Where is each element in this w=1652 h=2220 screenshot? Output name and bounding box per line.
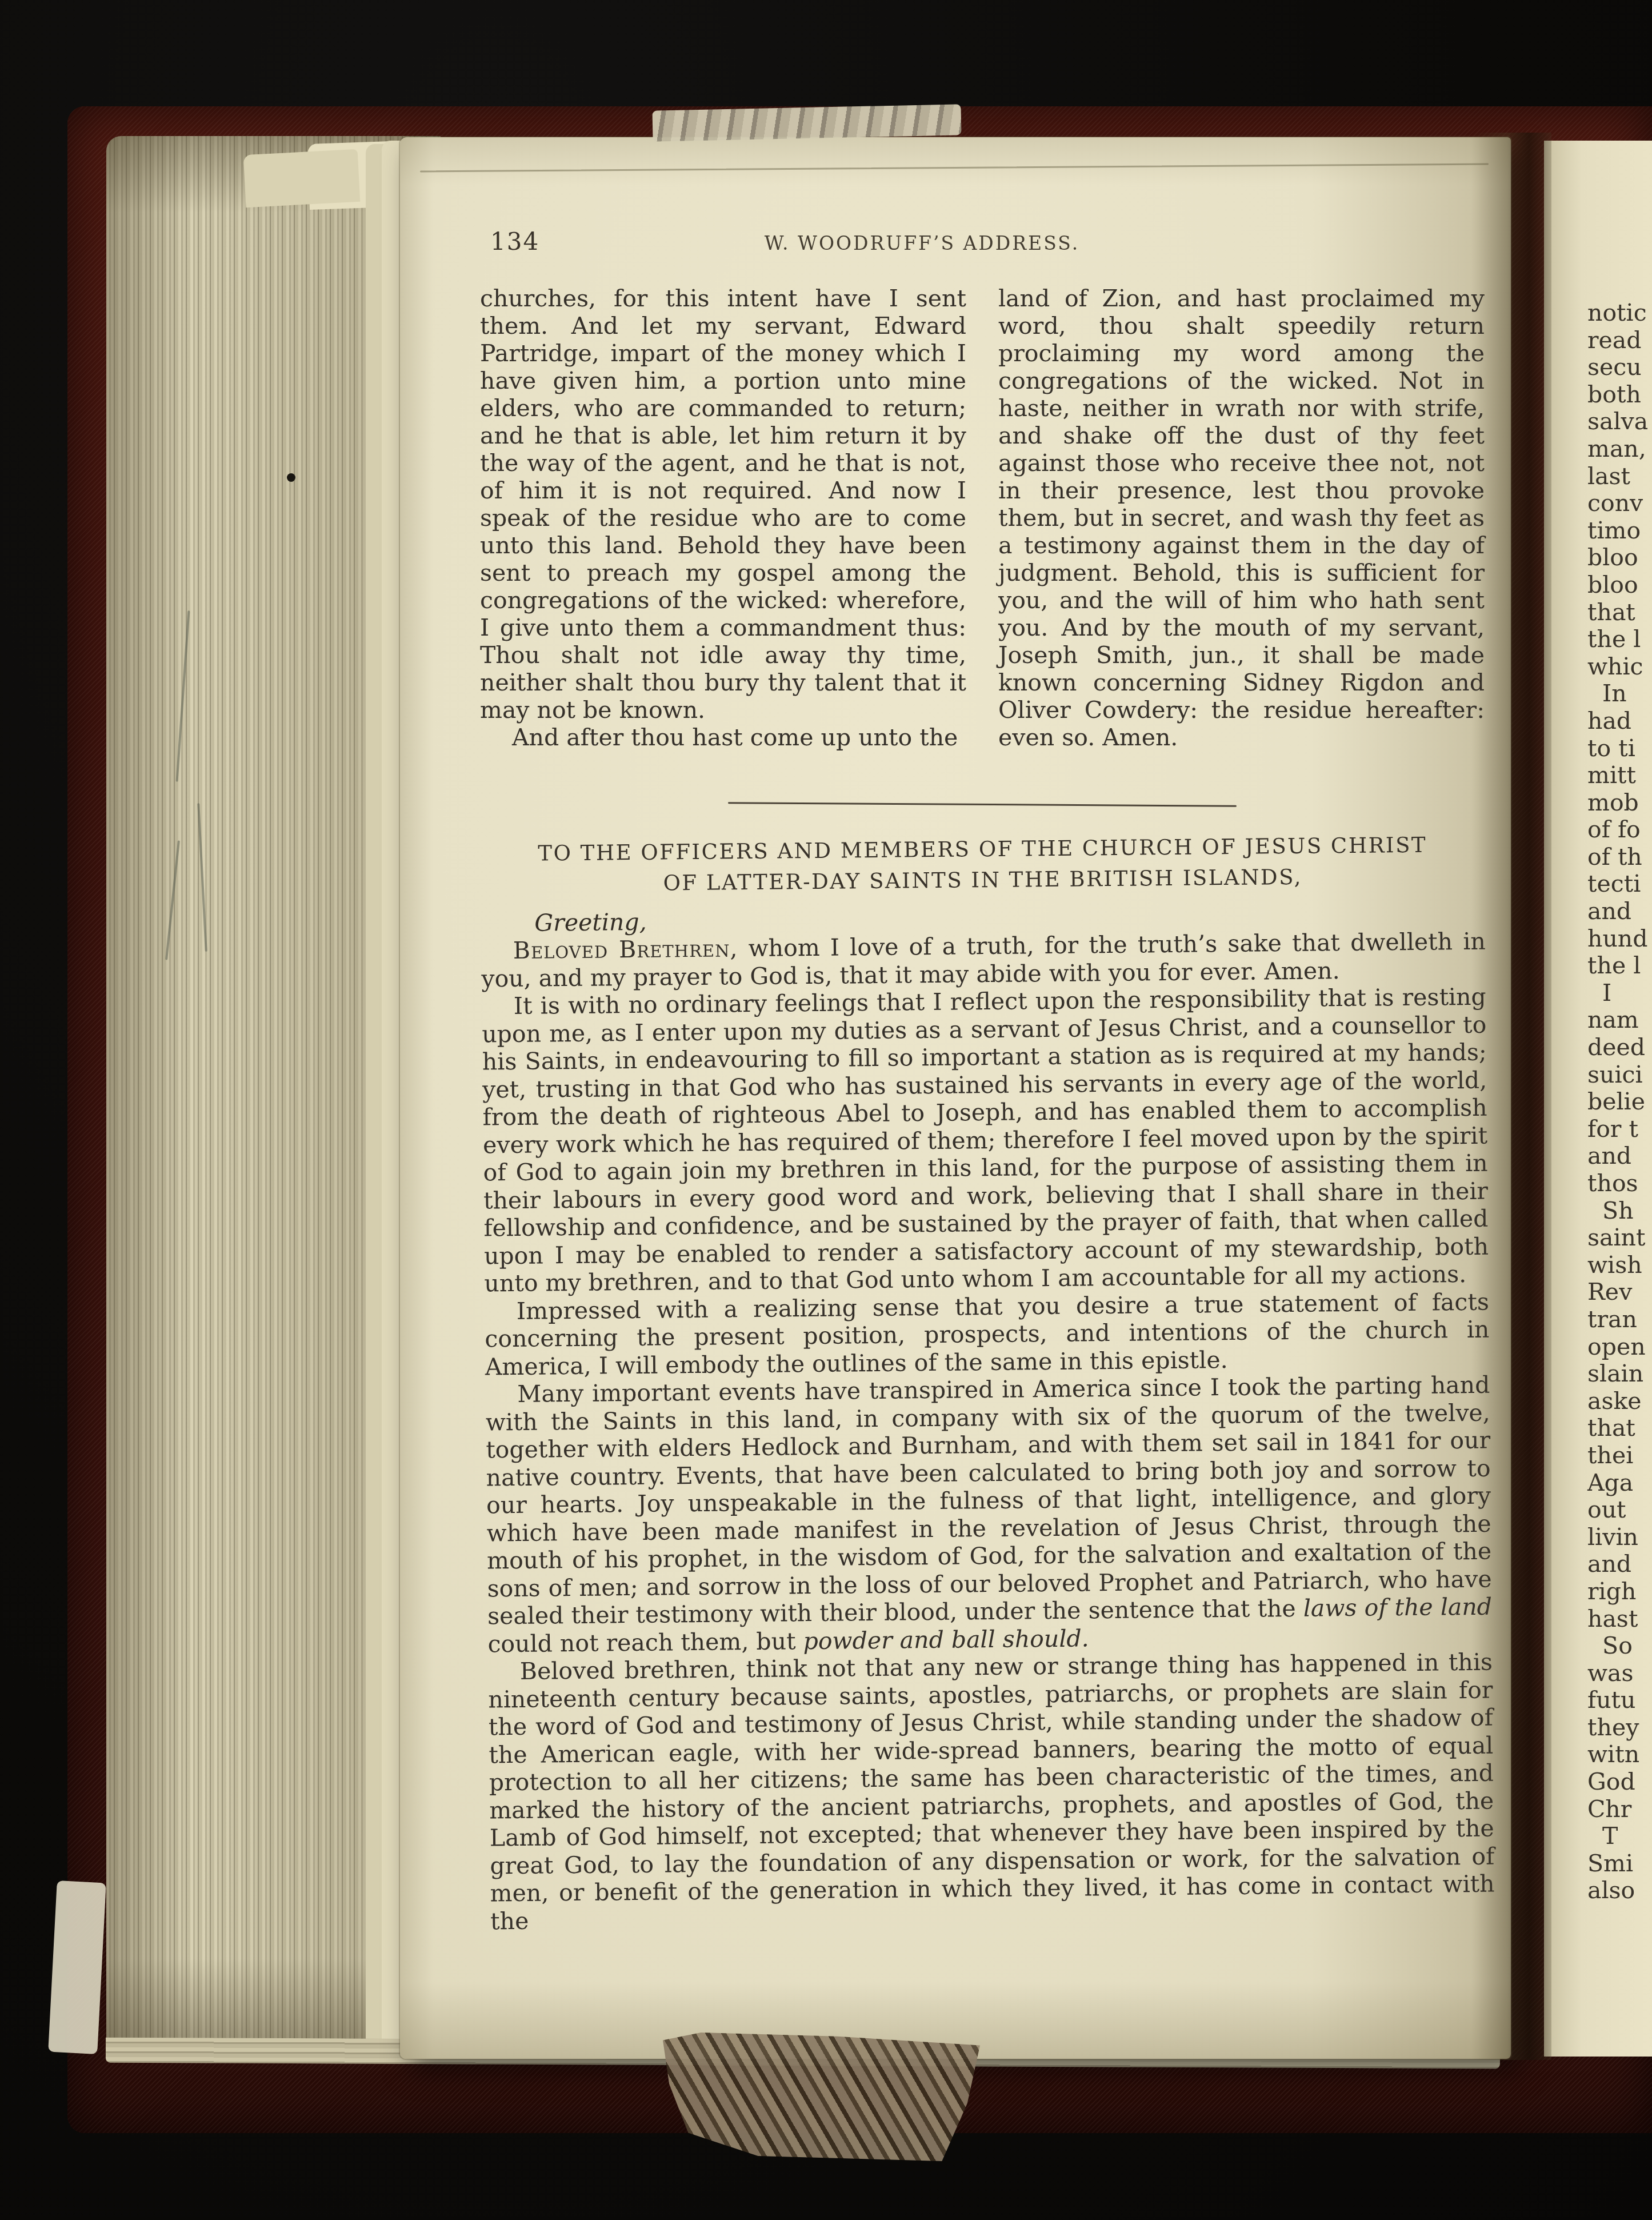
- epistle-paragraph: Many important events have transpired in…: [485, 1371, 1493, 1658]
- text-fragment-line: secu: [1587, 354, 1652, 381]
- text-fragment-line: Aga: [1587, 1470, 1652, 1497]
- text-fragment-line: tran: [1587, 1306, 1652, 1333]
- text-fragment-line: belie: [1587, 1088, 1652, 1116]
- text-fragment-line: So: [1587, 1632, 1652, 1660]
- page-number: 134: [490, 227, 539, 255]
- text-fragment-line: Smi: [1587, 1850, 1652, 1878]
- paragraph-text: could not reach them, but: [487, 1627, 803, 1658]
- text-fragment-line: timo: [1587, 517, 1652, 545]
- page-corner-step: [243, 149, 361, 207]
- text-fragment-line: bloo: [1587, 572, 1652, 599]
- text-fragment-line: of th: [1587, 844, 1652, 871]
- text-fragment-line: conv: [1587, 490, 1652, 517]
- text-fragment-line: to ti: [1587, 735, 1652, 762]
- epistle-paragraph: Beloved brethren, think not that any new…: [488, 1648, 1495, 1935]
- text-fragment-line: the l: [1587, 626, 1652, 653]
- italic-phrase: powder and ball should.: [803, 1624, 1089, 1655]
- text-fragment-line: I: [1587, 980, 1652, 1007]
- text-fragment-line: mitt: [1587, 762, 1652, 789]
- two-column-text: churches, for this intent have I sent th…: [480, 285, 1485, 780]
- left-page: 134 W. WOODRUFF’S ADDRESS. churches, for…: [400, 137, 1511, 2059]
- text-fragment-line: aske: [1587, 1388, 1652, 1415]
- text-fragment-line: both: [1587, 381, 1652, 409]
- text-fragment-line: Rev: [1587, 1279, 1652, 1306]
- page-content: 134 W. WOODRUFF’S ADDRESS. churches, for…: [400, 137, 1511, 2059]
- epistle-paragraph: It is with no ordinary feelings that I r…: [482, 983, 1489, 1297]
- right-page-partial: noticreadsecubothsalvaman,lastconvtimobl…: [1544, 141, 1652, 2057]
- text-fragment-line: notic: [1587, 300, 1652, 327]
- text-fragment-line: and: [1587, 1143, 1652, 1170]
- text-fragment-line: thei: [1587, 1442, 1652, 1470]
- text-fragment-line: man,: [1587, 436, 1652, 463]
- right-page-text-fragments: noticreadsecubothsalvaman,lastconvtimobl…: [1544, 141, 1652, 1904]
- text-fragment-line: livin: [1587, 1524, 1652, 1551]
- text-fragment-line: hund: [1587, 925, 1652, 953]
- italic-phrase: laws of the land: [1303, 1593, 1493, 1622]
- paragraph-lead-smallcaps: Beloved Brethren,: [513, 935, 738, 964]
- text-fragment-line: witn: [1587, 1741, 1652, 1768]
- text-fragment-line: out: [1587, 1496, 1652, 1524]
- text-fragment-line: that: [1587, 1415, 1652, 1442]
- text-fragment-line: and: [1587, 1551, 1652, 1578]
- text-fragment-line: was: [1587, 1660, 1652, 1687]
- section-divider-rule: [728, 802, 1237, 806]
- text-fragment-line: also: [1587, 1877, 1652, 1904]
- text-fragment-line: bloo: [1587, 544, 1652, 572]
- text-fragment-line: Chr: [1587, 1796, 1652, 1823]
- column-right: land of Zion, and hast proclaimed my wor…: [998, 285, 1485, 780]
- text-fragment-line: deed: [1587, 1034, 1652, 1061]
- text-fragment-line: thos: [1587, 1170, 1652, 1197]
- text-fragment-line: T: [1587, 1823, 1652, 1850]
- text-fragment-line: read: [1587, 327, 1652, 354]
- text-fragment-line: whic: [1587, 653, 1652, 681]
- text-fragment-line: futu: [1587, 1687, 1652, 1714]
- text-fragment-line: slain: [1587, 1360, 1652, 1388]
- epistle-section: TO THE OFFICERS AND MEMBERS OF THE CHURC…: [480, 829, 1495, 1935]
- text-fragment-line: Sh: [1587, 1197, 1652, 1225]
- text-fragment-line: that: [1587, 599, 1652, 626]
- text-fragment-line: open: [1587, 1333, 1652, 1361]
- text-fragment-line: tecti: [1587, 871, 1652, 898]
- text-fragment-line: the l: [1587, 952, 1652, 980]
- text-fragment-line: and: [1587, 898, 1652, 925]
- text-fragment-line: nam: [1587, 1007, 1652, 1034]
- column-paragraph: And after thou hast come up unto the: [480, 724, 966, 751]
- text-fragment-line: mob: [1587, 789, 1652, 817]
- text-fragment-line: they: [1587, 1714, 1652, 1742]
- protruding-page-corner: [48, 1880, 106, 2054]
- page-header: 134 W. WOODRUFF’S ADDRESS.: [480, 227, 1485, 257]
- text-fragment-line: of fo: [1587, 816, 1652, 844]
- running-header: W. WOODRUFF’S ADDRESS.: [765, 232, 1079, 254]
- binding-tape-top: [652, 104, 961, 141]
- text-fragment-line: salva: [1587, 408, 1652, 436]
- text-fragment-line: righ: [1587, 1578, 1652, 1606]
- text-fragment-line: for t: [1587, 1116, 1652, 1143]
- text-fragment-line: wish: [1587, 1252, 1652, 1279]
- epistle-paragraph: Impressed with a realizing sense that yo…: [485, 1288, 1490, 1380]
- text-fragment-line: hast: [1587, 1606, 1652, 1633]
- column-paragraph: churches, for this intent have I sent th…: [480, 285, 966, 724]
- binding-damage-patch: [663, 2033, 980, 2161]
- paragraph-text: Many important events have transpired in…: [486, 1371, 1492, 1630]
- epistle-paragraph: Beloved Brethren, whom I love of a truth…: [481, 928, 1486, 993]
- ink-spot: [287, 473, 295, 482]
- text-fragment-line: suici: [1587, 1061, 1652, 1089]
- text-fragment-line: God: [1587, 1768, 1652, 1796]
- text-fragment-line: last: [1587, 463, 1652, 490]
- text-fragment-line: had: [1587, 708, 1652, 735]
- text-fragment-line: saint: [1587, 1224, 1652, 1252]
- column-left: churches, for this intent have I sent th…: [480, 285, 966, 780]
- scanned-book-photo: 134 W. WOODRUFF’S ADDRESS. churches, for…: [0, 0, 1652, 2220]
- text-fragment-line: In: [1587, 680, 1652, 708]
- column-paragraph: land of Zion, and hast proclaimed my wor…: [998, 285, 1485, 751]
- epistle-heading: TO THE OFFICERS AND MEMBERS OF THE CHURC…: [480, 829, 1485, 901]
